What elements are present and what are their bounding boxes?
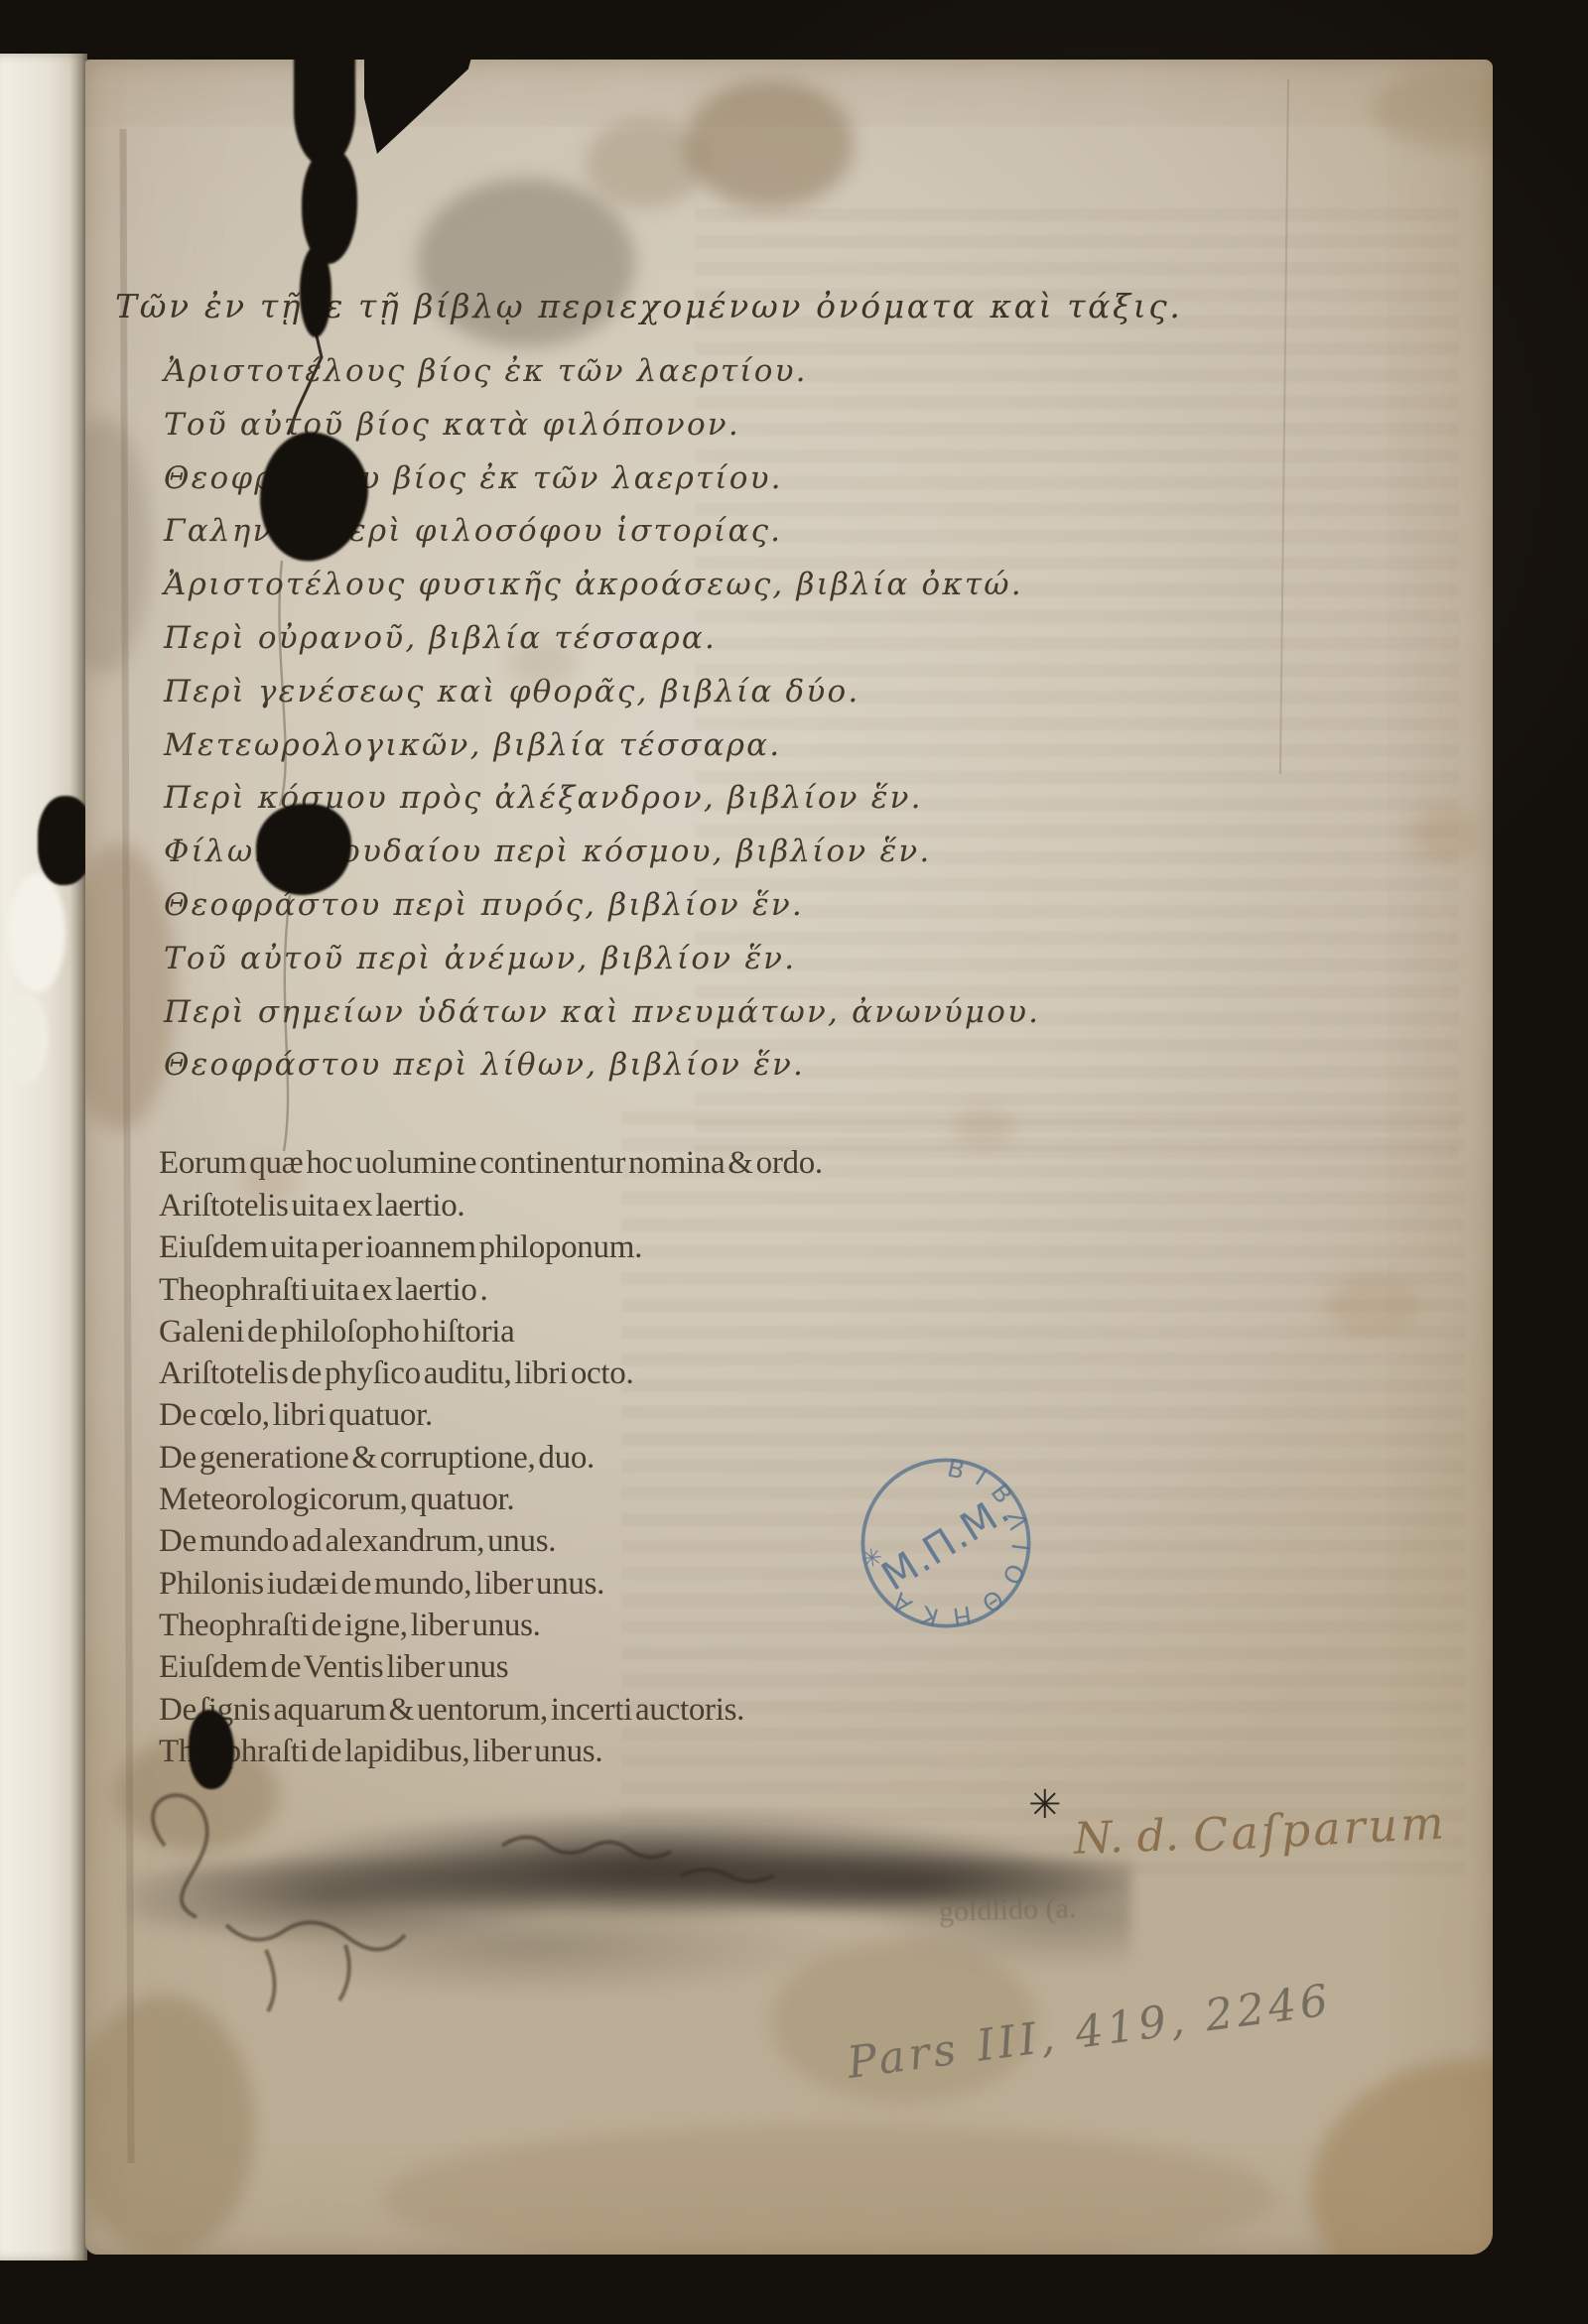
latin-title-line: Theophraſti uita ex laertio . xyxy=(159,1269,744,1311)
flyleaf-tear xyxy=(2,992,48,1084)
latin-title-line: Theophraſti de lapidibus, liber unus. xyxy=(159,1731,744,1772)
latin-title-line: Philonis iudæi de mundo, liber unus. xyxy=(159,1563,744,1605)
latin-title-line: Theophraſti de igne, liber unus. xyxy=(159,1605,744,1646)
torn-hole xyxy=(302,149,357,264)
latin-title-line: Ariſtotelis uita ex laertio. xyxy=(159,1185,744,1227)
greek-title-line: Θεοφράστου περὶ λίθων, βιβλίον ἕν. xyxy=(164,1039,1040,1093)
latin-contents-heading: Eorum quæ hoc uolumine continentur nomin… xyxy=(159,1145,823,1182)
flyleaf-tear xyxy=(8,873,66,992)
greek-title-line: Μετεωρολογικῶν, βιβλία τέσσαρα. xyxy=(164,719,1040,773)
torn-corner-notch xyxy=(364,60,471,154)
latin-title-line: Meteorologicorum, quatuor. xyxy=(159,1479,744,1520)
paper-stain xyxy=(85,843,176,1131)
latin-title-line: De ſignis aquarum & uentorum, incerti au… xyxy=(159,1689,744,1731)
paper-stain xyxy=(1311,2059,1493,2255)
greek-title-line: Τοῦ αὐτοῦ περὶ ἀνέμων, βιβλίον ἕν. xyxy=(164,933,1040,986)
latin-title-line: Ariſtotelis de phyſico auditu, libri oct… xyxy=(159,1353,744,1394)
latin-title-line: Eiuſdem uita per ioannem philoponum. xyxy=(159,1227,744,1268)
greek-title-line: Περὶ σημείων ὑδάτων καὶ πνευμάτων, ἀνωνύ… xyxy=(164,986,1040,1040)
paper-stain xyxy=(1371,69,1493,149)
paper-stain xyxy=(383,2124,1276,2255)
paper-stain xyxy=(85,417,150,675)
photo-backdrop: Τῶν ἐν τῇδε τῇ βίβλῳ περιεχομένων ὀνόματ… xyxy=(0,0,1588,2324)
library-stamp: ΒΙΒΛΙΟΘΗΚΑ ✳ Μ.Π.Μ. xyxy=(852,1449,1040,1637)
greek-title-line: Περὶ οὐρανοῦ, βιβλία τέσσαρα. xyxy=(164,612,1040,666)
greek-title-line: Ἀριστοτέλους βίος ἐκ τῶν λαερτίου. xyxy=(164,345,1040,399)
paper-stain xyxy=(85,1995,255,2255)
paper-stain xyxy=(685,79,854,208)
latin-title-line: Galeni de philoſopho hiſtoria xyxy=(159,1311,744,1353)
latin-title-line: De generatione & corruptione, duo. xyxy=(159,1437,744,1479)
flyleaf-edge xyxy=(0,54,87,2260)
torn-hole xyxy=(300,246,331,337)
torn-hole xyxy=(189,1710,234,1789)
latin-contents-list: Ariſtotelis uita ex laertio.Eiuſdem uita… xyxy=(159,1185,744,1772)
latin-title-line: Eiuſdem de Ventis liber unus xyxy=(159,1646,744,1688)
greek-contents-heading: Τῶν ἐν τῇδε τῇ βίβλῳ περιεχομένων ὀνόματ… xyxy=(115,287,1182,325)
showthrough-text xyxy=(621,1111,1465,1875)
latin-title-line: De cœlo, libri quatuor. xyxy=(159,1394,744,1436)
owner-initials: N. d. xyxy=(1073,1810,1180,1865)
offset-faded-text: goldlido (a. xyxy=(939,1891,1077,1929)
book-page: Τῶν ἐν τῇδε τῇ βίβλῳ περιεχομένων ὀνόματ… xyxy=(85,60,1493,2255)
greek-title-line: Ἀριστοτέλους φυσικῆς ἀκροάσεως, βιβλία ὀ… xyxy=(164,559,1040,612)
latin-title-line: De mundo ad alexandrum, unus. xyxy=(159,1520,744,1562)
greek-title-line: Περὶ γενέσεως καὶ φθορᾶς, βιβλία δύο. xyxy=(164,666,1040,719)
paper-stain xyxy=(586,119,705,208)
reference-star-mark: ✳ xyxy=(1028,1782,1062,1828)
